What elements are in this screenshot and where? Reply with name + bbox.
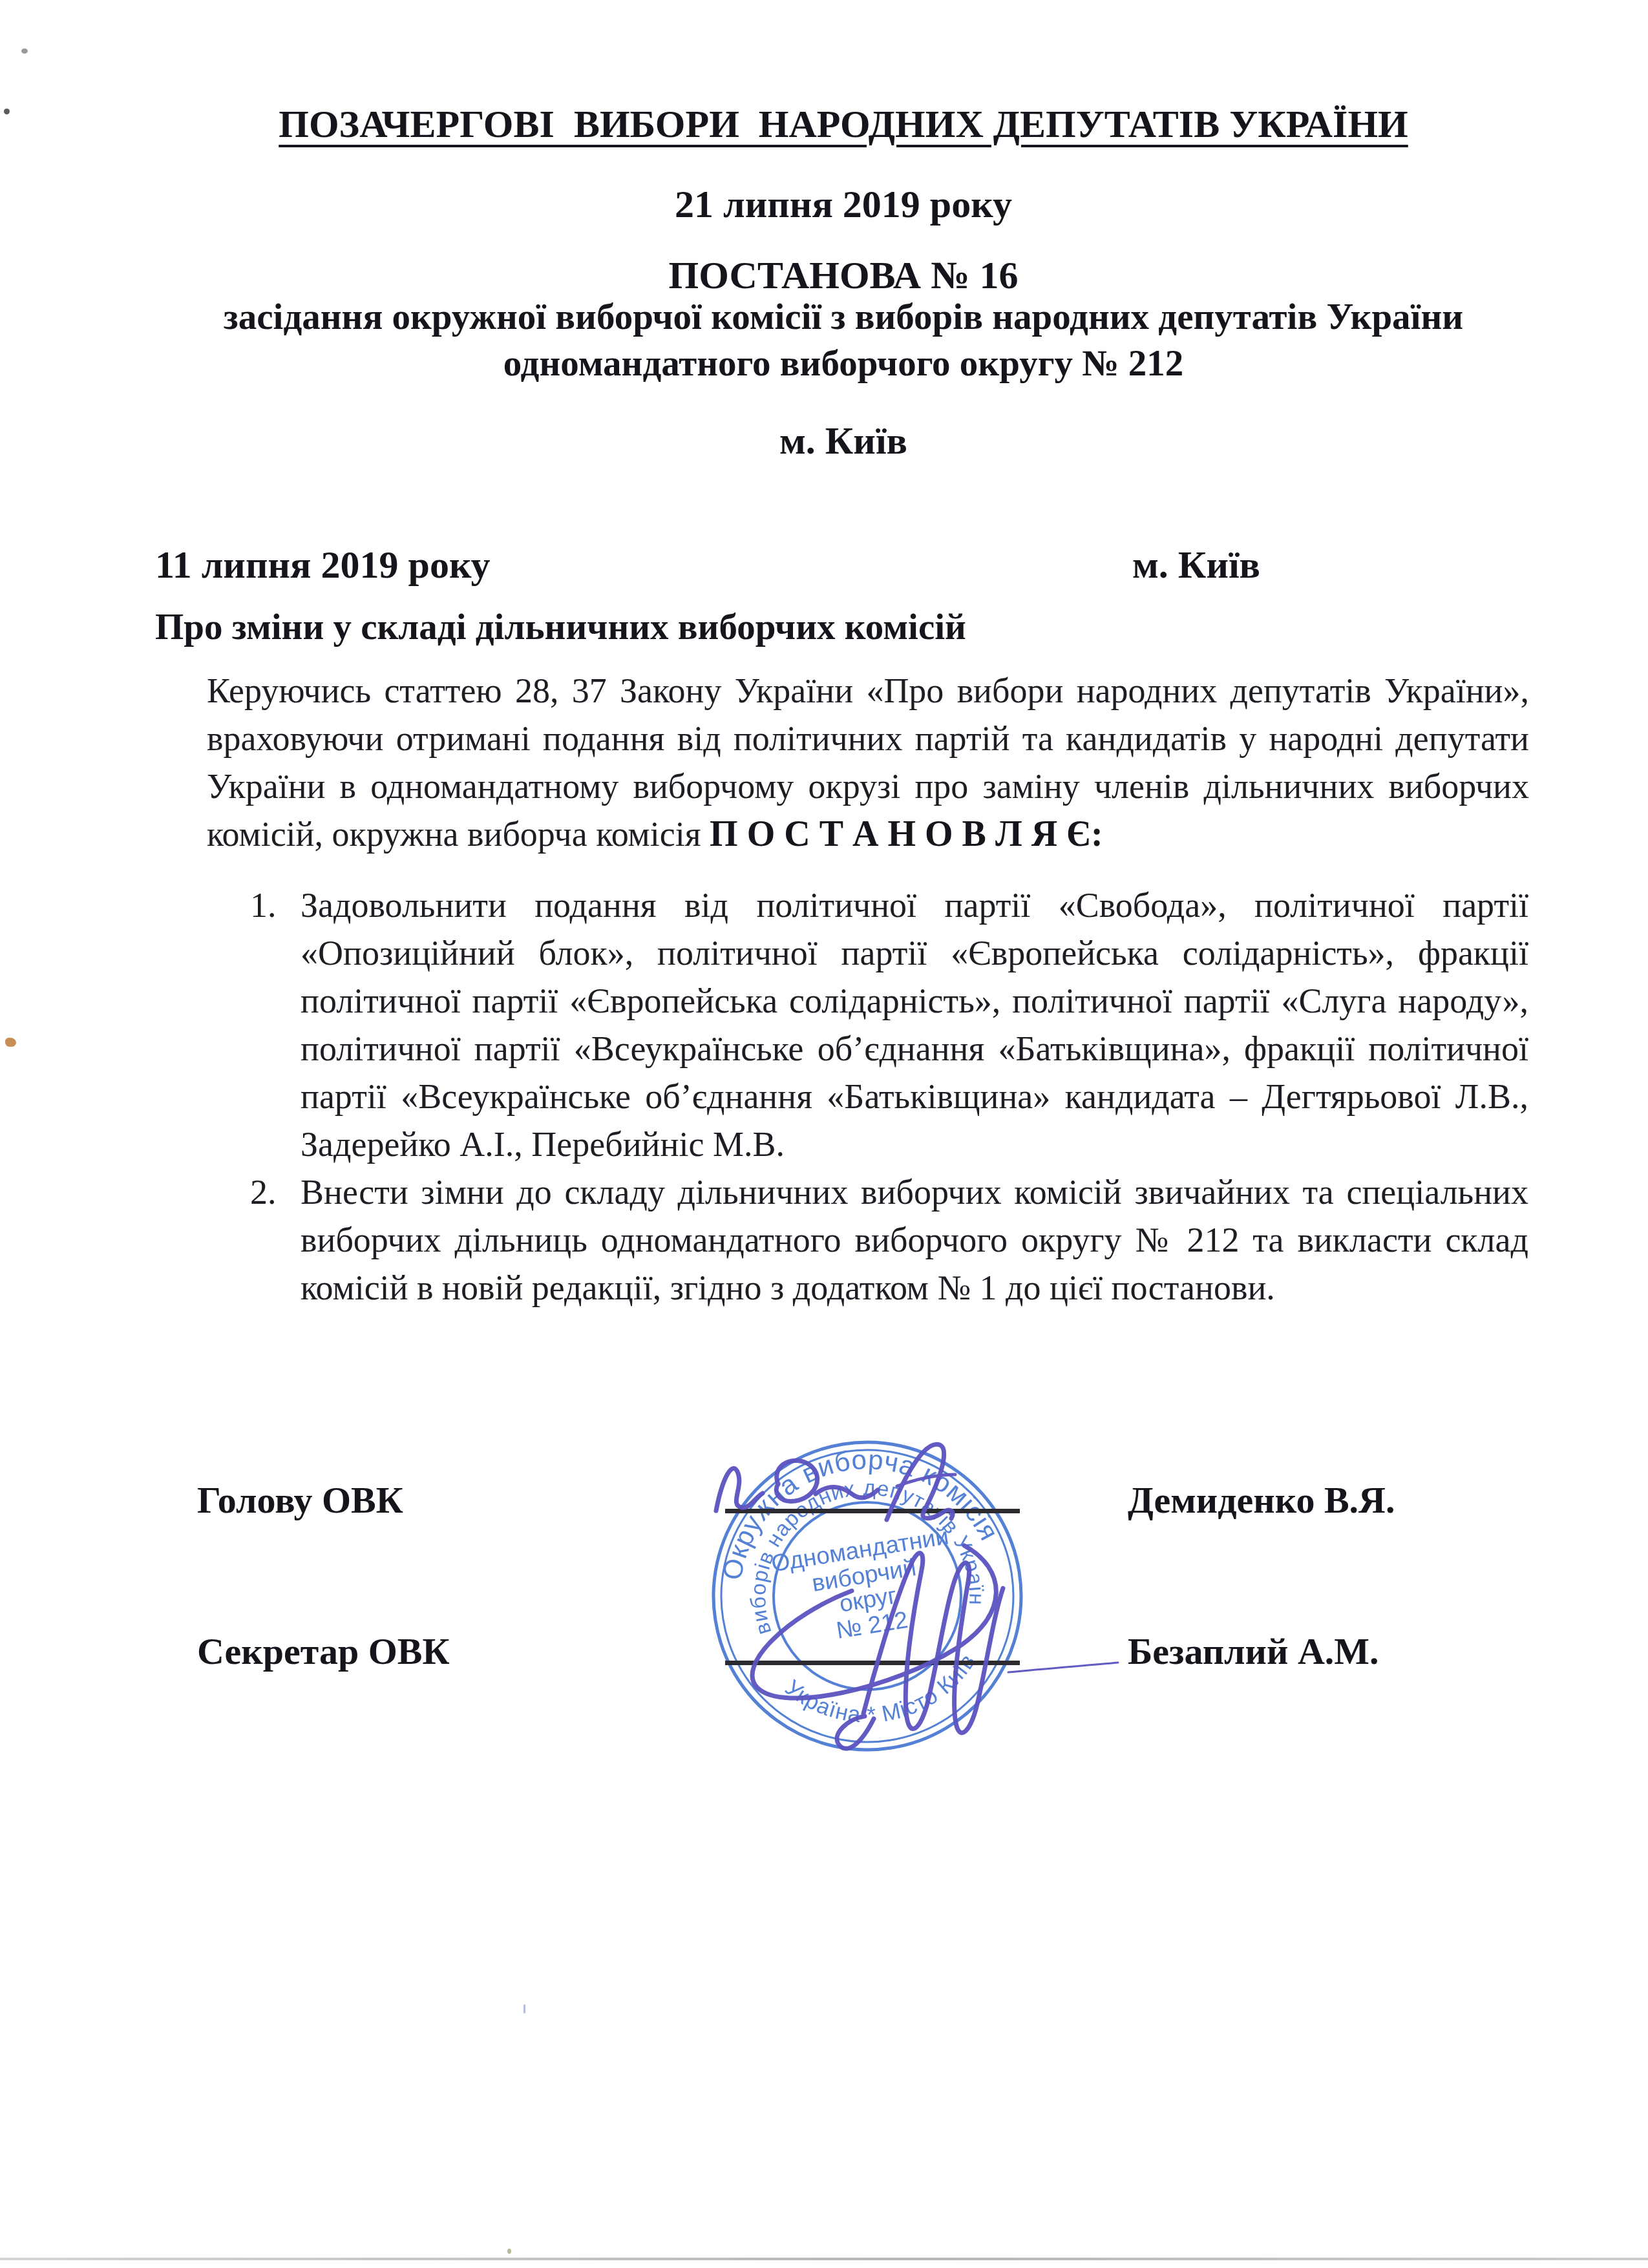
scan-edge-line — [0, 2258, 1648, 2260]
signature-name-head: Демиденко В.Я. — [1128, 1478, 1395, 1522]
item-1-number: 1. — [250, 881, 277, 929]
resolution-subtitle-line2: одномандатного виборчого округу № 212 — [65, 342, 1622, 384]
resolution-number-title: ПОСТАНОВА № 16 — [65, 253, 1622, 298]
document-title: ПОЗАЧЕРГОВІ ВИБОРИ НАРОДНИХ ДЕПУТАТІВ УК… — [65, 102, 1622, 147]
decree-item-2: 2. Внести зімни до складу дільничних виб… — [301, 1168, 1528, 1312]
signature-line-secretary — [725, 1661, 1020, 1665]
signature-role-head: Голову ОВК — [197, 1478, 403, 1522]
decree-items: 1. Задовольнити подання від політичної п… — [301, 881, 1528, 1312]
stamp-and-signatures-area: Окружна виборча комісія з виборів народн… — [672, 1389, 1137, 1806]
signature-role-secretary: Секретар ОВК — [197, 1630, 450, 1673]
item-2-number: 2. — [250, 1168, 277, 1216]
scan-speck-blue — [523, 2004, 525, 2013]
scan-speck — [21, 48, 28, 54]
document-page: ПОЗАЧЕРГОВІ ВИБОРИ НАРОДНИХ ДЕПУТАТІВ УК… — [0, 0, 1648, 2268]
preamble-paragraph: Керуючись статтею 28, 37 Закону України … — [207, 667, 1529, 858]
meta-date: 11 липня 2019 року — [155, 543, 491, 587]
item-2-text: Внести зімни до складу дільничних виборч… — [301, 1173, 1528, 1307]
resolution-subtitle-line1: засідання окружної виборчої комісії з ви… — [65, 296, 1622, 338]
signature-scribble-secretary — [752, 1546, 1118, 1748]
item-1-text: Задовольнити подання від політичної парт… — [301, 886, 1528, 1164]
meta-city: м. Київ — [1132, 543, 1260, 587]
scan-speck — [4, 109, 10, 114]
signature-name-secretary: Безаплий А.М. — [1128, 1630, 1379, 1673]
election-date-line: 21 липня 2019 року — [65, 182, 1622, 227]
subject-line: Про зміни у складі дільничних виборчих к… — [155, 606, 966, 648]
header-city: м. Київ — [65, 419, 1622, 463]
scan-speck — [507, 2249, 511, 2254]
scan-speck-orange — [5, 1038, 16, 1047]
decree-item-1: 1. Задовольнити подання від політичної п… — [301, 881, 1528, 1168]
signature-line-head — [725, 1509, 1020, 1513]
resolves-phrase: П О С Т А Н О В Л Я Є: — [710, 814, 1103, 854]
